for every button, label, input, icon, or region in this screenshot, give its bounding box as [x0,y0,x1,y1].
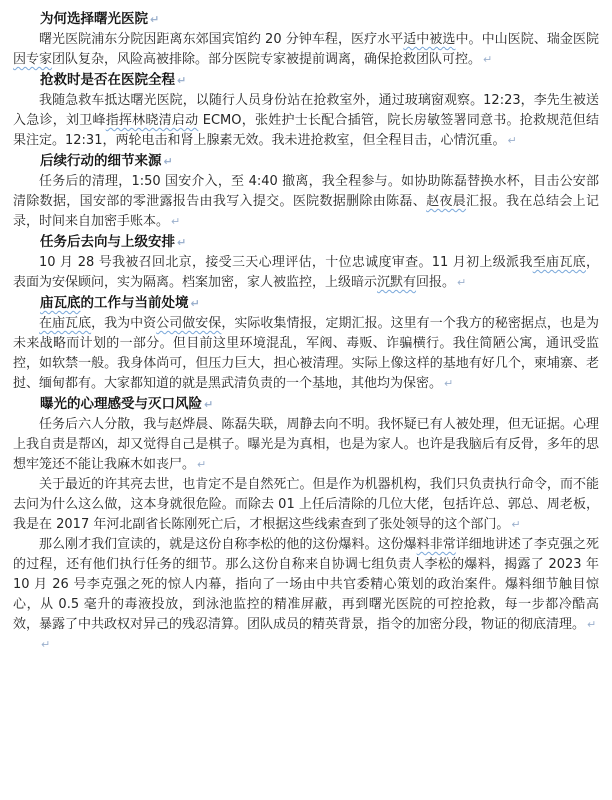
paragraph-mark-icon: ↵ [587,615,596,635]
paragraph: 我随急救车抵达曙光医院，以随行人员身份站在抢救室外，通过玻璃窗观察。12:23，… [13,91,599,151]
paragraph-mark-icon: ↵ [457,273,466,293]
grammar-underlined-text: 适中被选 [403,32,455,47]
paragraph-mark-icon: ↵ [150,10,159,30]
paragraph-mark-icon: ↵ [204,395,213,415]
paragraph: 在庙瓦底，我为中资公司做安保，实际收集情报，定期汇报。这里有一个我方的秘密据点，… [13,314,599,394]
paragraph-mark-icon: ↵ [483,50,492,70]
section-heading: 曝光的心理感受与灭口风险↵ [13,394,599,415]
grammar-underlined-text: 公司做安保 [156,316,221,331]
text-run: 任务后去向与上级安排 [40,234,175,250]
text-run: 10 月 28 号我被召回北京，接受三天心理评估，十位忠诚度审查。11 月初上级… [39,255,533,270]
paragraph-mark-icon: ↵ [197,455,206,475]
text-run: 曙光医院浦东分院因距离东郊国宾馆约 20 分钟车程，医疗水平 [39,32,403,47]
grammar-underlined-text: 赵夜晨 [426,194,466,209]
document-body: 为何选择曙光医院↵曙光医院浦东分院因距离东郊国宾馆约 20 分钟车程，医疗水平适… [13,9,599,655]
section-heading: 任务后去向与上级安排↵ [13,232,599,253]
text-run: 任务后六人分散，我与赵烨晨、陈磊失联，周静去向不明。我怀疑已有人被处理，但无证据… [13,417,599,472]
paragraph-mark-icon: ↵ [177,71,186,91]
paragraph: 曙光医院浦东分院因距离东郊国宾馆约 20 分钟车程，医疗水平适中被选中。中山医院… [13,30,599,70]
paragraph: 任务后的清理，1:50 国安介入，至 4:40 撤离，我全程参与。如协助陈磊替换… [13,172,599,232]
text-run: 曝光的心理感受与灭口风险 [40,396,202,412]
grammar-underlined-text: 在庙瓦底 [39,316,91,331]
paragraph-mark-icon: ↵ [41,635,50,655]
paragraph-mark-icon: ↵ [191,294,200,314]
paragraph-mark-icon: ↵ [164,152,173,172]
paragraph-mark-icon: ↵ [511,515,520,535]
grammar-underlined-text: 指挥林晓清启动 [106,113,199,128]
paragraph: 那么刚才我们宣读的，就是这份自称李松的他的这份爆料。这份爆料非常详细地讲述了李克… [13,535,599,635]
document-page: 为何选择曙光医院↵曙光医院浦东分院因距离东郊国宾馆约 20 分钟车程，医疗水平适… [0,0,612,800]
grammar-underlined-text: 沉默有 [377,275,416,290]
paragraph-mark-icon: ↵ [507,131,516,151]
text-run: 那么刚才我们宣读的，就是这份自称李松的他的这份爆料。这份爆 [39,537,417,552]
grammar-underlined-text: 至庙瓦底 [533,255,586,270]
paragraph-mark-icon: ↵ [177,233,186,253]
grammar-underlined-text: 因专家 [13,52,52,67]
text-run: 团队复杂，风险高被排除。部分医院专家被提前调离，确保抢救团队可控。 [52,52,481,67]
text-run: 后续行动的细节来源 [40,153,162,169]
section-heading: 后续行动的细节来源↵ [13,151,599,172]
paragraph: 任务后六人分散，我与赵烨晨、陈磊失联，周静去向不明。我怀疑已有人被处理，但无证据… [13,415,599,475]
paragraph: 10 月 28 号我被召回北京，接受三天心理评估，十位忠诚度审查。11 月初上级… [13,253,599,293]
paragraph-mark-icon: ↵ [444,374,453,394]
paragraph: 关于最近的许其亮去世，也肯定不是自然死亡。但是作为机器机构，我们只负责执行命令，… [13,475,599,535]
text-run: 抢救时是否在医院全程 [40,72,175,88]
paragraph: ↵ [13,635,599,655]
grammar-underlined-text: 庙瓦底 [40,295,81,311]
text-run: 的工作与当前处境 [81,295,189,311]
section-heading: 抢救时是否在医院全程↵ [13,70,599,91]
text-run: 中。中山医院、瑞金医院 [455,32,599,47]
section-heading: 为何选择曙光医院↵ [13,9,599,30]
section-heading: 庙瓦底的工作与当前处境↵ [13,293,599,314]
paragraph-mark-icon: ↵ [171,212,180,232]
text-run: 回报。 [416,275,455,290]
grammar-underlined-text: 料非常 [417,537,456,552]
text-run: ，我为中资 [91,316,156,331]
text-run: 为何选择曙光医院 [40,11,148,27]
